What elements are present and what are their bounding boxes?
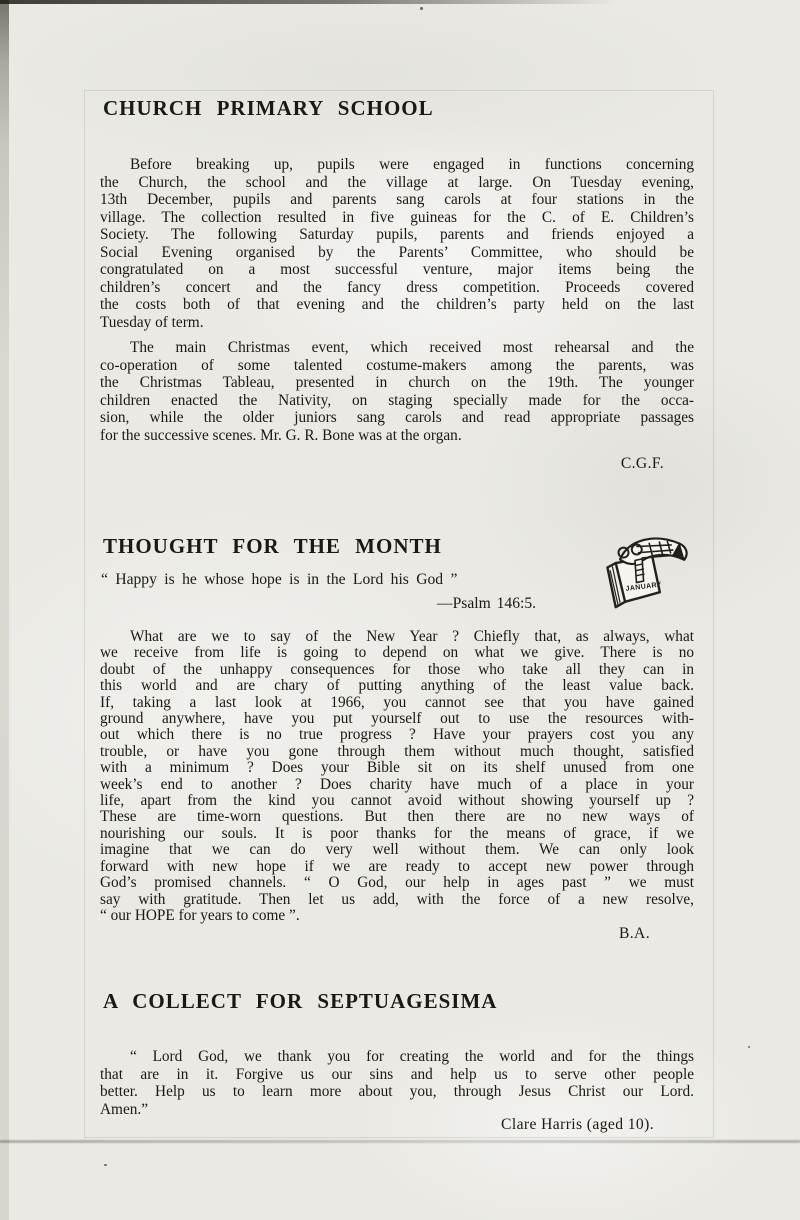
text-line: week’s end to another ? Does charity hav… — [100, 777, 694, 793]
text-line: The main Christmas event, which received… — [100, 339, 694, 357]
signature-ba: B.A. — [100, 925, 694, 943]
text-line: “ Lord God, we thank you for creating th… — [100, 1048, 694, 1066]
text-line: for the successive scenes. Mr. G. R. Bon… — [100, 427, 694, 445]
scan-top-edge — [0, 0, 620, 4]
text-line: 13th December, pupils and parents sang c… — [100, 191, 694, 209]
paragraph-block: The main Christmas event, which received… — [100, 339, 694, 444]
text-line: village. The collection resulted in five… — [100, 209, 694, 227]
paragraph-block: “ Lord God, we thank you for creating th… — [100, 1048, 694, 1118]
text-line: These are time-worn questions. But then … — [100, 809, 694, 825]
signature-cgf: C.G.F. — [100, 455, 694, 473]
text-line: say with gratitude. Then let us add, wit… — [100, 892, 694, 908]
scripture-quote: “ Happy is he whose hope is in the Lord … — [101, 571, 457, 589]
text-line: co-operation of some talented costume-ma… — [100, 357, 694, 375]
scan-streak — [0, 1140, 800, 1143]
signature-clare-harris: Clare Harris (aged 10). — [100, 1116, 694, 1134]
text-line: doubt of the unhappy consequences for th… — [100, 662, 694, 678]
text-line: If, taking a last look at 1966, you cann… — [100, 695, 694, 711]
scan-speck — [420, 7, 423, 10]
text-line: with a minimum ? Does your Bible sit on … — [100, 760, 694, 776]
section-title-church-primary-school: CHURCH PRIMARY SCHOOL — [103, 96, 434, 121]
text-line: that are in it. Forgive us our sins and … — [100, 1066, 694, 1084]
scan-speck — [104, 1164, 107, 1166]
scan-left-edge — [0, 0, 9, 1220]
text-line: children’s concert and the fancy dress c… — [100, 279, 694, 297]
text-line: Social Evening organised by the Parents’… — [100, 244, 694, 262]
text-line: this world and are chary of putting anyt… — [100, 678, 694, 694]
text-line: forward with new hope if we are ready to… — [100, 859, 694, 875]
text-line: better. Help us to learn more about you,… — [100, 1083, 694, 1101]
paragraph-block: Before breaking up, pupils were engaged … — [100, 156, 694, 331]
text-line: “ our HOPE for years to come ”. — [100, 908, 694, 924]
text-line: nourishing our souls. It is poor thanks … — [100, 826, 694, 842]
text-line: What are we to say of the New Year ? Chi… — [100, 629, 694, 645]
text-line: Society. The following Saturday pupils, … — [100, 226, 694, 244]
section-title-thought-for-the-month: THOUGHT FOR THE MONTH — [103, 534, 442, 559]
text-line: sion, while the older juniors sang carol… — [100, 409, 694, 427]
text-line: the Christmas Tableau, presented in chur… — [100, 374, 694, 392]
text-line: the Church, the school and the village a… — [100, 174, 694, 192]
text-line: ground anywhere, have you put yourself o… — [100, 711, 694, 727]
text-line: life, apart from the kind you cannot avo… — [100, 793, 694, 809]
scan-speck — [748, 1046, 750, 1048]
text-line: imagine that we can do very well without… — [100, 842, 694, 858]
text-line: out which there is no true progress ? Ha… — [100, 727, 694, 743]
scripture-attribution: —Psalm 146:5. — [437, 595, 536, 613]
text-line: congratulated on a most successful ventu… — [100, 261, 694, 279]
text-line: Tuesday of term. — [100, 314, 694, 332]
magazine-page: CHURCH PRIMARY SCHOOL Before breaking up… — [0, 0, 800, 1220]
text-line: trouble, or have you gone through them w… — [100, 744, 694, 760]
text-line: Before breaking up, pupils were engaged … — [100, 156, 694, 174]
text-line: the costs both of that evening and the c… — [100, 296, 694, 314]
january-calendar-icon: JANUARY — [591, 529, 695, 621]
text-line: children enacted the Nativity, on stagin… — [100, 392, 694, 410]
section-title-collect-for-septuagesima: A COLLECT FOR SEPTUAGESIMA — [103, 989, 497, 1014]
text-line: we receive from life is going to depend … — [100, 645, 694, 661]
paragraph-block: What are we to say of the New Year ? Chi… — [100, 629, 694, 924]
text-line: God’s promised channels. “ O God, our he… — [100, 875, 694, 891]
